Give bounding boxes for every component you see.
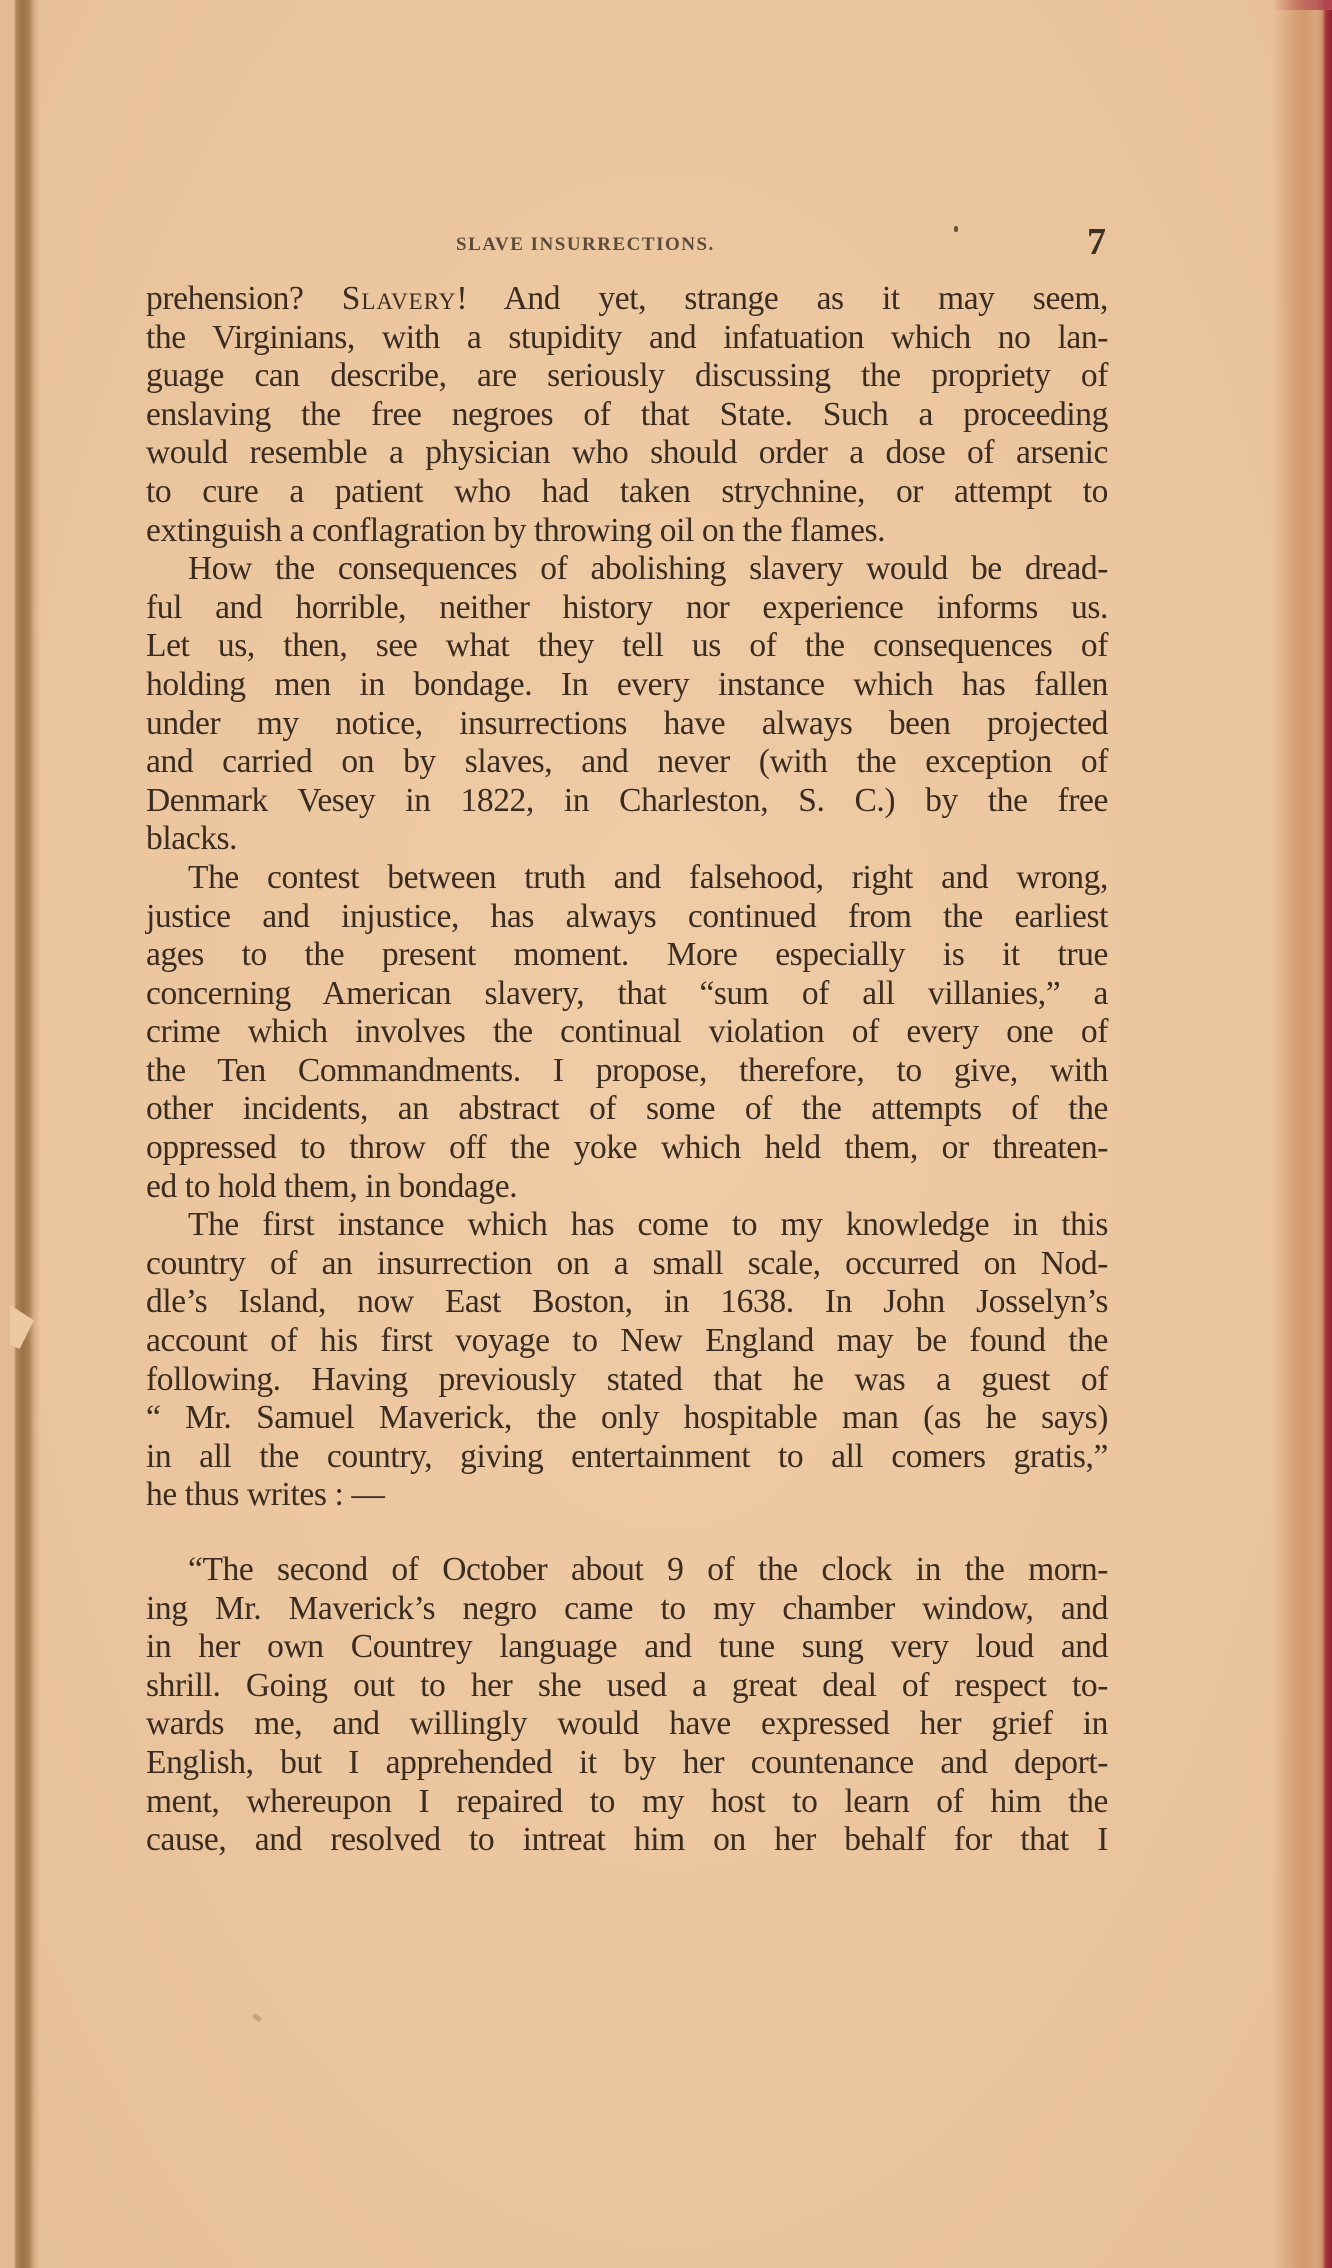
text-line: wards me, and willingly would have expre…: [146, 1705, 1108, 1744]
page-header: SLAVE INSURRECTIONS. 7: [146, 226, 1106, 266]
block-quote-spacer: [146, 1515, 1108, 1551]
ink-speck: [954, 226, 958, 232]
text-line: extinguish a conflagration by throwing o…: [146, 512, 1108, 551]
paragraph: The first instance which has come to my …: [146, 1206, 1108, 1515]
running-head: SLAVE INSURRECTIONS.: [456, 234, 715, 256]
text-line: English, but I apprehended it by her cou…: [146, 1744, 1108, 1783]
text-line: ing Mr. Maverick’s negro came to my cham…: [146, 1590, 1108, 1629]
body-text: prehension? Slavery! And yet, strange as…: [146, 280, 1108, 1860]
cover-edge: [1272, 0, 1332, 10]
text-line: ful and horrible, neither history nor ex…: [146, 589, 1108, 628]
text-line: holding men in bondage. In every instanc…: [146, 666, 1108, 705]
text-line: ages to the present moment. More especia…: [146, 936, 1108, 975]
text-line: prehension? Slavery! And yet, strange as…: [146, 280, 1108, 319]
text-line: cause, and resolved to intreat him on he…: [146, 1821, 1108, 1860]
text-line: concerning American slavery, that “sum o…: [146, 975, 1108, 1014]
text-line: enslaving the free negroes of that State…: [146, 396, 1108, 435]
text-line: blacks.: [146, 820, 1108, 859]
text-line: justice and injustice, has always contin…: [146, 898, 1108, 937]
text-line: ed to hold them, in bondage.: [146, 1168, 1108, 1207]
text-line: following. Having previously stated that…: [146, 1361, 1108, 1400]
text-line: the Virginians, with a stupidity and inf…: [146, 319, 1108, 358]
text-line: under my notice, insurrections have alwa…: [146, 705, 1108, 744]
book-page: SLAVE INSURRECTIONS. 7 prehension? Slave…: [0, 0, 1332, 2268]
text-line: guage can describe, are seriously discus…: [146, 357, 1108, 396]
text-line: dle’s Island, now East Boston, in 1638. …: [146, 1283, 1108, 1322]
text-line: oppressed to throw off the yoke which he…: [146, 1129, 1108, 1168]
text-line: The first instance which has come to my …: [146, 1206, 1108, 1245]
text-line: the Ten Commandments. I propose, therefo…: [146, 1052, 1108, 1091]
text-line: to cure a patient who had taken strychni…: [146, 473, 1108, 512]
text-run: prehension?: [146, 280, 342, 317]
paper-stain: [251, 2013, 262, 2023]
text-line: would resemble a physician who should or…: [146, 434, 1108, 473]
text-line: ment, whereupon I repaired to my host to…: [146, 1783, 1108, 1822]
paragraph: prehension? Slavery! And yet, strange as…: [146, 280, 1108, 550]
text-line: The contest between truth and falsehood,…: [146, 859, 1108, 898]
fore-edge: [1272, 0, 1332, 2268]
quoted-paragraph: “The second of October about 9 of the cl…: [146, 1551, 1108, 1860]
text-line: he thus writes : —: [146, 1476, 1108, 1515]
text-line: in her own Countrey language and tune su…: [146, 1628, 1108, 1667]
paragraph: How the consequences of abolishing slave…: [146, 550, 1108, 859]
page-number: 7: [1087, 220, 1106, 264]
text-line: How the consequences of abolishing slave…: [146, 550, 1108, 589]
text-line: “ Mr. Samuel Maverick, the only hospitab…: [146, 1399, 1108, 1438]
text-run: ! And yet, strange as it may seem,: [456, 280, 1108, 317]
text-line: “The second of October about 9 of the cl…: [146, 1551, 1108, 1590]
text-line: crime which involves the continual viola…: [146, 1013, 1108, 1052]
text-line: in all the country, giving entertainment…: [146, 1438, 1108, 1477]
text-line: country of an insurrection on a small sc…: [146, 1245, 1108, 1284]
text-line: account of his first voyage to New Engla…: [146, 1322, 1108, 1361]
small-caps-word: Slavery: [342, 280, 457, 317]
text-line: Denmark Vesey in 1822, in Charleston, S.…: [146, 782, 1108, 821]
text-line: and carried on by slaves, and never (wit…: [146, 743, 1108, 782]
book-binding-shadow: [0, 0, 40, 2268]
paragraph: The contest between truth and falsehood,…: [146, 859, 1108, 1206]
text-line: shrill. Going out to her she used a grea…: [146, 1667, 1108, 1706]
text-line: Let us, then, see what they tell us of t…: [146, 627, 1108, 666]
text-line: other incidents, an abstract of some of …: [146, 1090, 1108, 1129]
